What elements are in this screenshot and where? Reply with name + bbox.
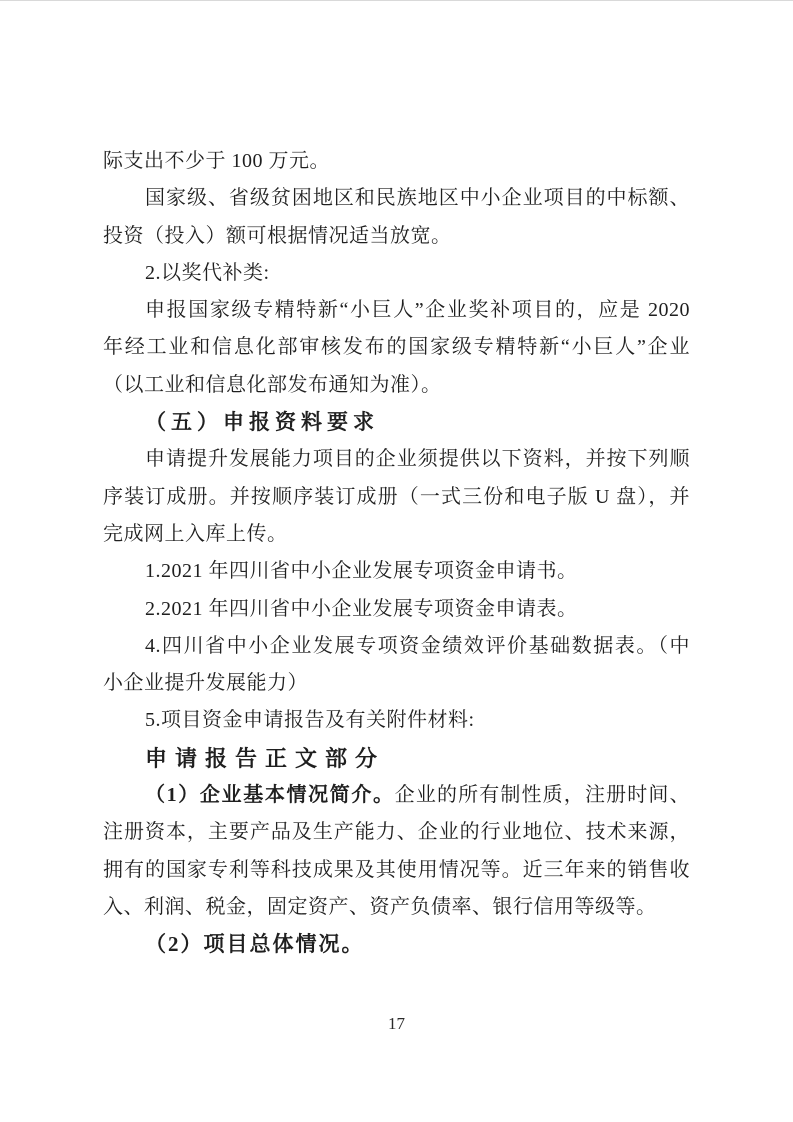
text-line: 际支出不少于 100 万元。 xyxy=(103,143,690,180)
list-item: 2.2021 年四川省中小企业发展专项资金申请表。 xyxy=(103,591,690,628)
item-1-heading: （1）企业基本情况简介。 xyxy=(145,784,395,806)
document-body: 际支出不少于 100 万元。 国家级、省级贫困地区和民族地区中小企业项目的中标额… xyxy=(103,143,690,964)
list-item: 1.2021 年四川省中小企业发展专项资金申请书。 xyxy=(103,553,690,590)
text-line: （以工业和信息化部发布通知为准）。 xyxy=(103,367,690,404)
text-line: 投资（投入）额可根据情况适当放宽。 xyxy=(103,218,690,255)
text-line: 小企业提升发展能力） xyxy=(103,665,690,702)
text-line: 入、利润、税金，固定资产、资产负债率、银行信用等级等。 xyxy=(103,889,690,926)
text-line: 拥有的国家专利等科技成果及其使用情况等。近三年来的销售收 xyxy=(103,852,690,889)
text-line: 年经工业和信息化部审核发布的国家级专精特新“小巨人”企业 xyxy=(103,329,690,366)
list-item: 4.四川省中小企业发展专项资金绩效评价基础数据表。（中 xyxy=(103,628,690,665)
page-number: 17 xyxy=(0,1012,793,1036)
list-item-heading: 2.以奖代补类: xyxy=(103,255,690,292)
text-line: 注册资本，主要产品及生产能力、企业的行业地位、技术来源， xyxy=(103,814,690,851)
text-line: 申报国家级专精特新“小巨人”企业奖补项目的，应是 2020 xyxy=(103,292,690,329)
text-line: 完成网上入库上传。 xyxy=(103,516,690,553)
text-line: 国家级、省级贫困地区和民族地区中小企业项目的中标额、 xyxy=(103,180,690,217)
page-top-edge xyxy=(0,0,793,1)
report-body-heading: 申请报告正文部分 xyxy=(103,740,690,777)
document-page: 际支出不少于 100 万元。 国家级、省级贫困地区和民族地区中小企业项目的中标额… xyxy=(0,0,793,1122)
list-item: 5.项目资金申请报告及有关附件材料: xyxy=(103,702,690,739)
text-line: 申请提升发展能力项目的企业须提供以下资料，并按下列顺 xyxy=(103,441,690,478)
item-2-heading: （2）项目总体情况。 xyxy=(103,926,690,963)
text-line: 序装订成册。并按顺序装订成册（一式三份和电子版 U 盘），并 xyxy=(103,479,690,516)
item-1-text: 企业的所有制性质，注册时间、 xyxy=(395,784,690,806)
item-1-paragraph: （1）企业基本情况简介。企业的所有制性质，注册时间、 xyxy=(103,777,690,814)
section-heading: （五）申报资料要求 xyxy=(103,404,690,441)
